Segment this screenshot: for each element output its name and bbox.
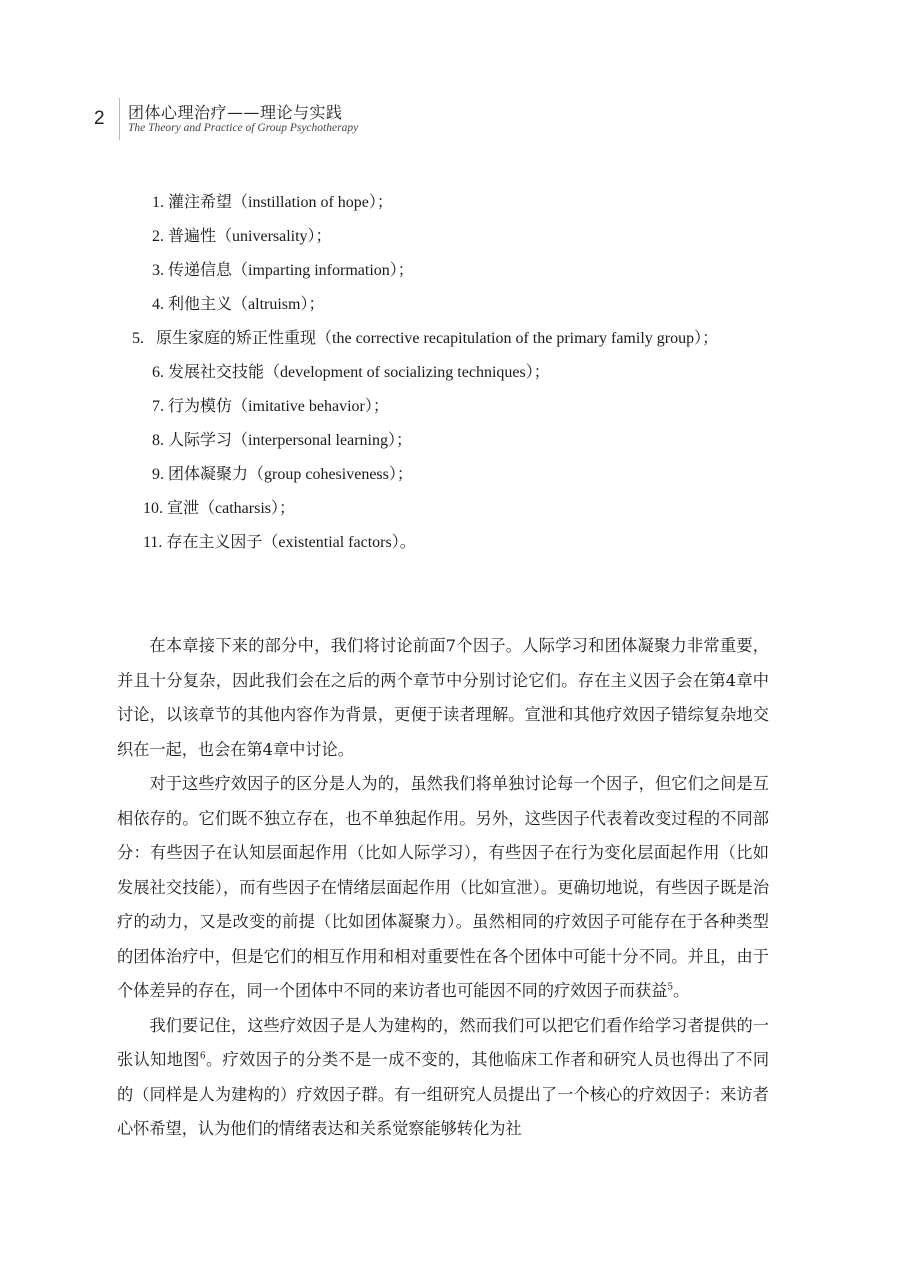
header-divider [119,98,120,140]
list-item: 8. 人际学习（interpersonal learning）； [152,424,772,458]
factor-en: （altruism）； [232,296,324,313]
factor-en: （imitative behavior）； [232,398,389,415]
factor-en: （catharsis）； [199,500,295,517]
page-number: 2 [94,108,105,130]
factor-cn: 行为模仿 [168,398,232,415]
factor-en: （existential factors）。 [262,534,415,551]
factor-cn: 发展社交技能 [168,364,264,381]
list-item: 3. 传递信息（imparting information）； [152,254,772,288]
factor-cn: 宣泄 [167,500,199,517]
factor-cn: 原生家庭的矫正性重现 [156,330,316,347]
list-item: 1. 灌注希望（instillation of hope）； [152,186,772,220]
book-subtitle: The Theory and Practice of Group Psychot… [128,122,358,134]
body-text: 在本章接下来的部分中，我们将讨论前面7个因子。人际学习和团体凝聚力非常重要，并且… [117,629,769,1147]
factor-en: （imparting information）； [232,262,414,279]
factor-cn: 存在主义因子 [166,534,262,551]
list-item: 9. 团体凝聚力（group cohesiveness）； [152,458,772,492]
list-item: 4. 利他主义（altruism）； [152,288,772,322]
factor-cn: 人际学习 [168,432,232,449]
list-item: 6. 发展社交技能（development of socializing tec… [152,356,772,390]
factor-cn: 灌注希望 [168,194,232,211]
factor-en: （group cohesiveness）； [248,466,413,483]
list-item: 2. 普遍性（universality）； [152,220,772,254]
factor-cn: 利他主义 [168,296,232,313]
factor-en: （universality）； [216,228,332,245]
factor-cn: 传递信息 [168,262,232,279]
paragraph: 我们要记住，这些疗效因子是人为建构的，然而我们可以把它们看作给学习者提供的一张认… [117,1009,769,1147]
paragraph: 对于这些疗效因子的区分是人为的，虽然我们将单独讨论每一个因子，但它们之间是互相依… [117,767,769,1009]
therapeutic-factors-list: 1. 灌注希望（instillation of hope）； 2. 普遍性（un… [152,186,772,560]
factor-cn: 团体凝聚力 [168,466,248,483]
factor-en: （development of socializing techniques）； [264,364,550,381]
factor-en: （instillation of hope）； [232,194,393,211]
paragraph: 在本章接下来的部分中，我们将讨论前面7个因子。人际学习和团体凝聚力非常重要，并且… [117,629,769,767]
book-title: 团体心理治疗——理论与实践 [128,100,343,123]
list-item: 11. 存在主义因子（existential factors）。 [143,526,772,560]
list-item: 7. 行为模仿（imitative behavior）； [152,390,772,424]
factor-en: （interpersonal learning）； [232,432,412,449]
factor-cn: 普遍性 [168,228,216,245]
list-item: 10. 宣泄（catharsis）； [143,492,772,526]
list-item: 5. 原生家庭的矫正性重现（the corrective recapitulat… [152,322,742,356]
factor-en: （the corrective recapitulation of the pr… [316,330,718,347]
